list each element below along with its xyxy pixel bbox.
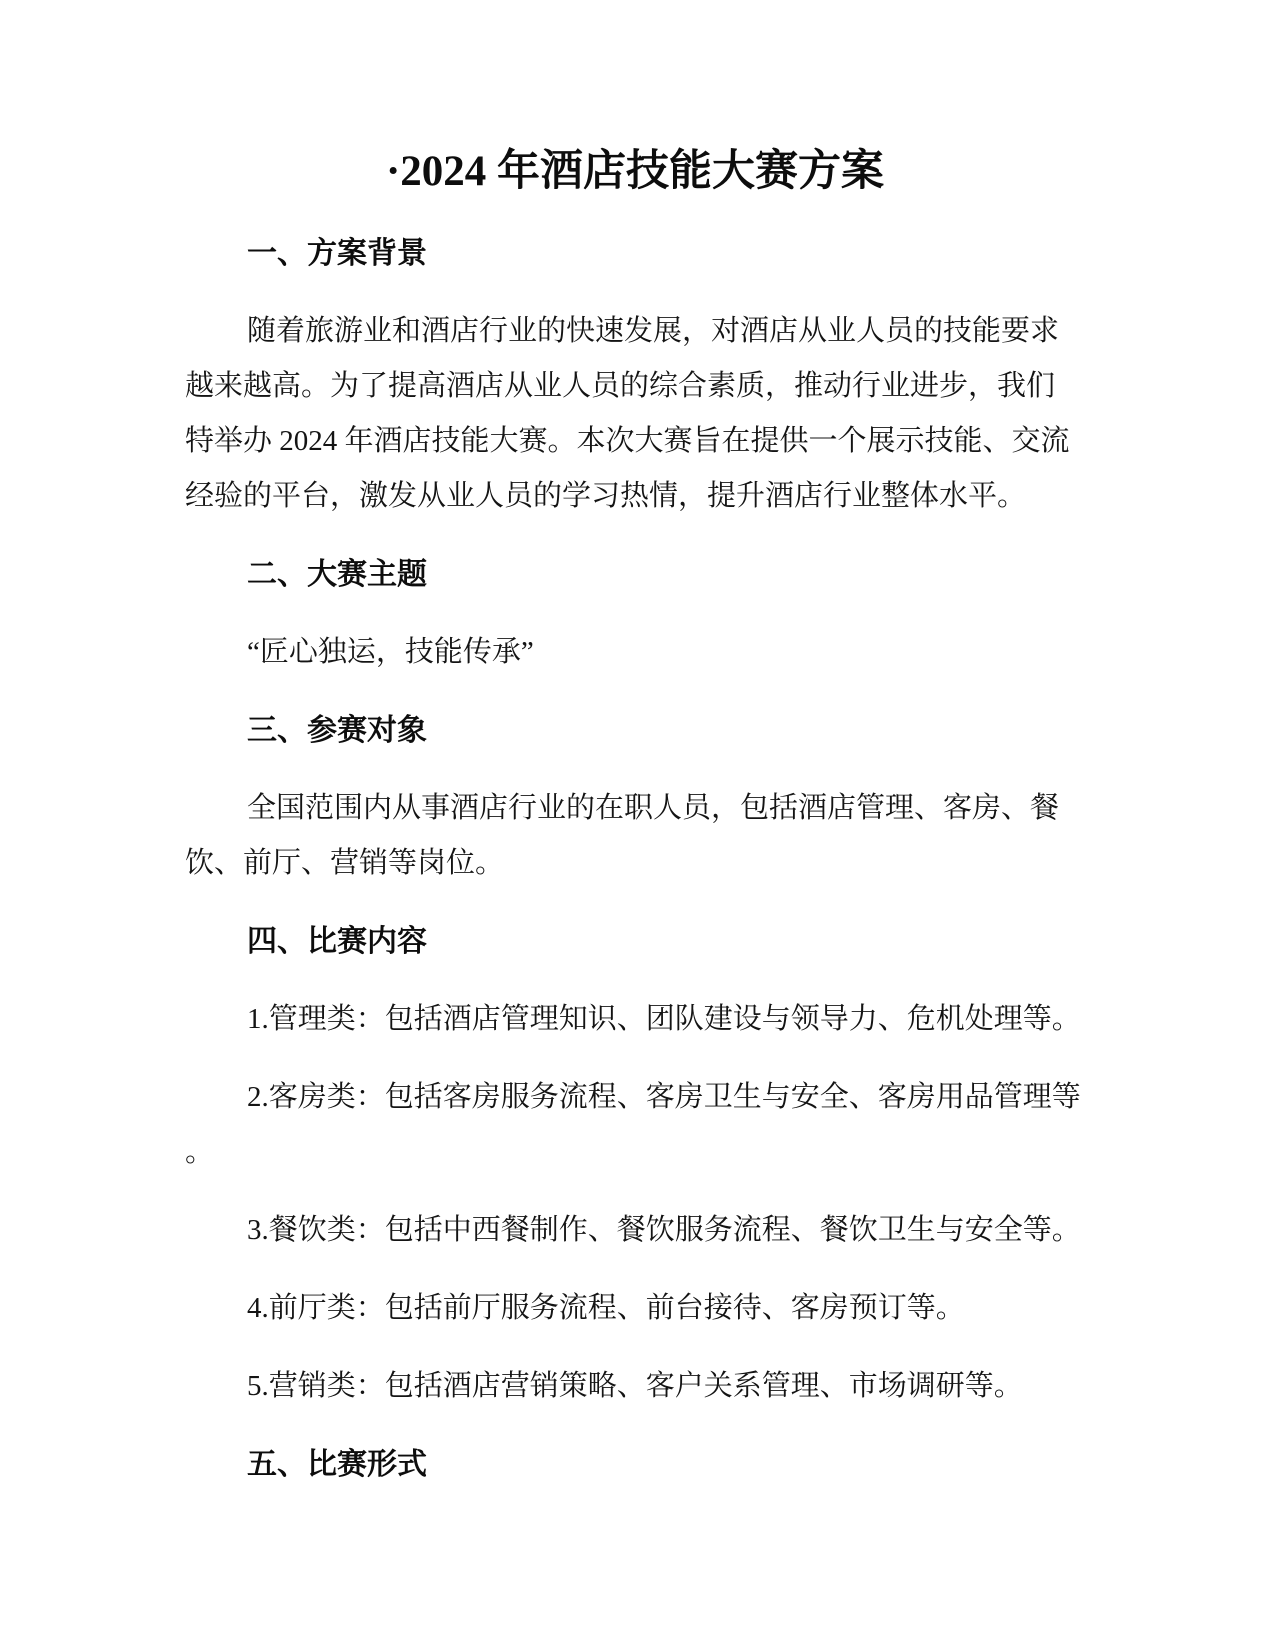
section-theme: 二、大赛主题 “匠心独运，技能传承” bbox=[185, 547, 1085, 680]
section-contest-content: 四、比赛内容 1.管理类：包括酒店管理知识、团队建设与领导力、危机处理等。 2.… bbox=[185, 914, 1085, 1414]
section-heading-3: 三、参赛对象 bbox=[185, 703, 1085, 758]
document-page: ·2024 年酒店技能大赛方案 一、方案背景 随着旅游业和酒店行业的快速发展，对… bbox=[0, 0, 1275, 1650]
section-heading-1: 一、方案背景 bbox=[185, 226, 1085, 281]
document-content: ·2024 年酒店技能大赛方案 一、方案背景 随着旅游业和酒店行业的快速发展，对… bbox=[0, 0, 1275, 1492]
content-item-3: 3.餐饮类：包括中西餐制作、餐饮服务流程、餐饮卫生与安全等。 bbox=[185, 1203, 1085, 1258]
content-item-2: 2.客房类：包括客房服务流程、客房卫生与安全、客房用品管理等 。 bbox=[185, 1070, 1085, 1180]
section-heading-2: 二、大赛主题 bbox=[185, 547, 1085, 602]
section-heading-5: 五、比赛形式 bbox=[185, 1437, 1085, 1492]
theme-quote: “匠心独运，技能传承” bbox=[185, 625, 1085, 680]
background-paragraph: 随着旅游业和酒店行业的快速发展，对酒店从业人员的技能要求 越来越高。为了提高酒店… bbox=[185, 304, 1085, 524]
section-heading-4: 四、比赛内容 bbox=[185, 914, 1085, 969]
section-contest-format: 五、比赛形式 bbox=[185, 1437, 1085, 1492]
content-item-1: 1.管理类：包括酒店管理知识、团队建设与领导力、危机处理等。 bbox=[185, 992, 1085, 1047]
content-item-4: 4.前厅类：包括前厅服务流程、前台接待、客房预订等。 bbox=[185, 1281, 1085, 1336]
document-title: ·2024 年酒店技能大赛方案 bbox=[185, 141, 1085, 203]
participants-paragraph: 全国范围内从事酒店行业的在职人员，包括酒店管理、客房、餐 饮、前厅、营销等岗位。 bbox=[185, 781, 1085, 891]
section-background: 一、方案背景 随着旅游业和酒店行业的快速发展，对酒店从业人员的技能要求 越来越高… bbox=[185, 226, 1085, 524]
section-participants: 三、参赛对象 全国范围内从事酒店行业的在职人员，包括酒店管理、客房、餐 饮、前厅… bbox=[185, 703, 1085, 891]
content-item-5: 5.营销类：包括酒店营销策略、客户关系管理、市场调研等。 bbox=[185, 1359, 1085, 1414]
